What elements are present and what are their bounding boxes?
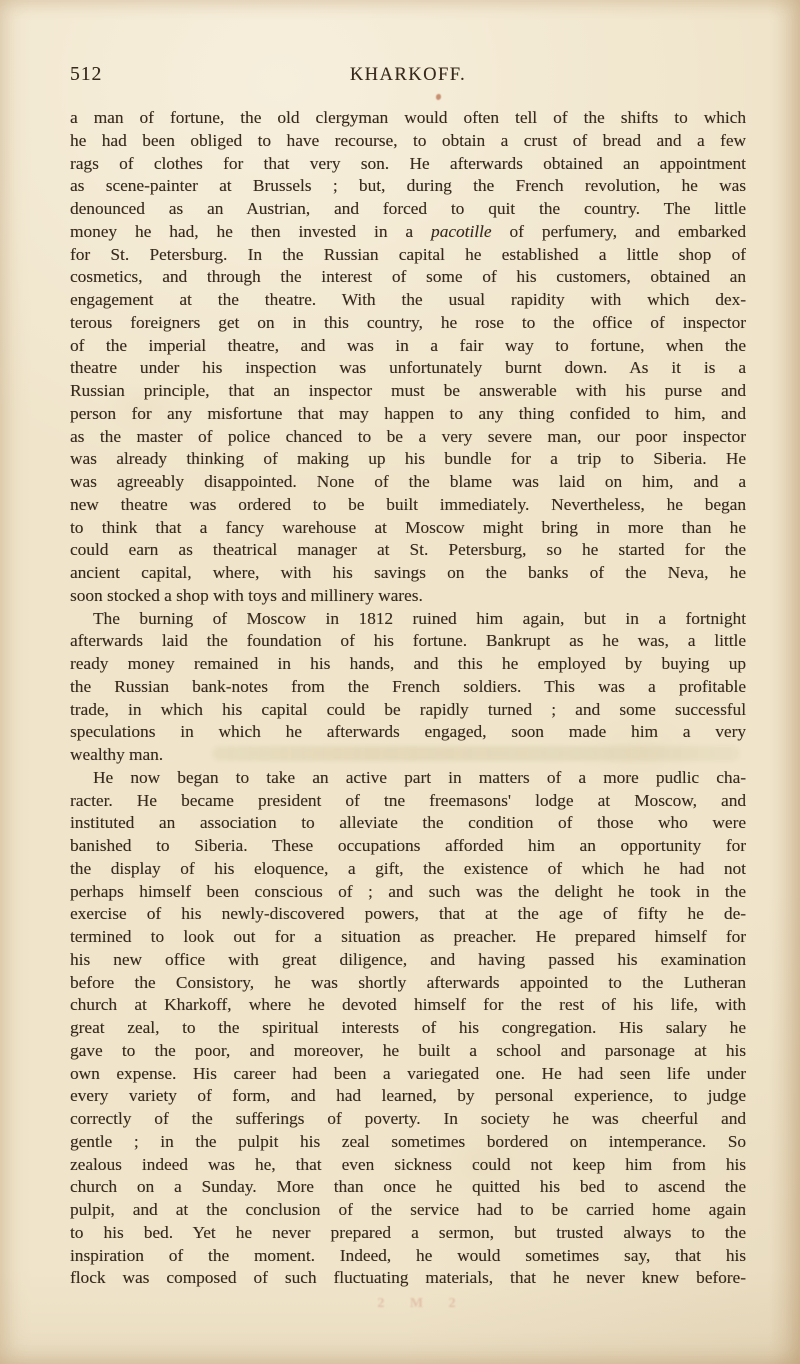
text-line: pulpit, and at the conclusion of the ser… bbox=[70, 1199, 746, 1222]
text-line: new theatre was ordered to be built imme… bbox=[70, 494, 746, 517]
text-line: The burning of Moscow in 1812 ruined him… bbox=[70, 608, 746, 631]
text-segment: money he had, he then invested in a bbox=[70, 222, 431, 241]
text-line: great zeal, to the spiritual interests o… bbox=[70, 1017, 746, 1040]
text-line: church on a Sunday. More than once he qu… bbox=[70, 1176, 746, 1199]
text-line: as the master of police chanced to be a … bbox=[70, 426, 746, 449]
text-line: the Russian bank-notes from the French s… bbox=[70, 676, 746, 699]
text-line: was already thinking of making up his bu… bbox=[70, 448, 746, 471]
text-line: correctly of the sufferings of poverty. … bbox=[70, 1108, 746, 1131]
running-head: KHARKOFF. bbox=[70, 65, 746, 86]
text-line: engagement at the theatre. With the usua… bbox=[70, 289, 746, 312]
text-line: gentle ; in the pulpit his zeal sometime… bbox=[70, 1131, 746, 1154]
text-line: ready money remained in his hands, and t… bbox=[70, 653, 746, 676]
ink-bleed-ghost bbox=[212, 746, 740, 761]
book-page: 512 KHARKOFF. a man of fortune, the old … bbox=[0, 0, 800, 1364]
text-line: exercise of his newly-discovered powers,… bbox=[70, 903, 746, 926]
text-line: zealous indeed was he, that even sicknes… bbox=[70, 1154, 746, 1177]
text-line: trade, in which his capital could be rap… bbox=[70, 699, 746, 722]
text-line: of the imperial theatre, and was in a fa… bbox=[70, 335, 746, 358]
text-line: speculations in which he afterwards enga… bbox=[70, 721, 746, 744]
text-line: banished to Siberia. These occupations a… bbox=[70, 835, 746, 858]
text-line: money he had, he then invested in a paco… bbox=[70, 221, 746, 244]
text-line: Russian principle, that an inspector mus… bbox=[70, 380, 746, 403]
text-line: own expense. His career had been a varie… bbox=[70, 1063, 746, 1086]
text-line: instituted an association to alleviate t… bbox=[70, 812, 746, 835]
text-line: terous foreigners get on in this country… bbox=[70, 312, 746, 335]
signature-bleed-through: 2 M 2 bbox=[84, 1296, 760, 1312]
text-line: a man of fortune, the old clergyman woul… bbox=[70, 107, 746, 130]
text-line: He now began to take an active part in m… bbox=[70, 767, 746, 790]
text-line: theatre under his inspection was unfortu… bbox=[70, 357, 746, 380]
text-line: to think that a fancy warehouse at Mosco… bbox=[70, 517, 746, 540]
italic-word: pacotille bbox=[431, 222, 491, 241]
text-line: was agreeably disappointed. None of the … bbox=[70, 471, 746, 494]
text-line: as scene-painter at Brussels ; but, duri… bbox=[70, 175, 746, 198]
text-line: denounced as an Austrian, and forced to … bbox=[70, 198, 746, 221]
text-line: before the Consistory, he was shortly af… bbox=[70, 972, 746, 995]
text-segment: of perfumery, and embarked bbox=[492, 222, 746, 241]
text-line: perhaps himself been conscious of ; and … bbox=[70, 881, 746, 904]
text-line: gave to the poor, and moreover, he built… bbox=[70, 1040, 746, 1063]
text-line: afterwards laid the foundation of his fo… bbox=[70, 630, 746, 653]
text-line: ancient capital, where, with his savings… bbox=[70, 562, 746, 585]
text-line: racter. He became president of tne freem… bbox=[70, 790, 746, 813]
text-line: church at Kharkoff, where he devoted him… bbox=[70, 994, 746, 1017]
text-line: every variety of form, and had learned, … bbox=[70, 1085, 746, 1108]
text-line: he had been obliged to have recourse, to… bbox=[70, 130, 746, 153]
text-line: termined to look out for a situation as … bbox=[70, 926, 746, 949]
text-line: his new office with great diligence, and… bbox=[70, 949, 746, 972]
text-line: to his bed. Yet he never prepared a serm… bbox=[70, 1222, 746, 1245]
text-line: cosmetics, and through the interest of s… bbox=[70, 266, 746, 289]
page-text: a man of fortune, the old clergyman woul… bbox=[70, 107, 746, 1290]
text-line: flock was composed of such fluctuating m… bbox=[70, 1267, 746, 1290]
text-line: inspiration of the moment. Indeed, he wo… bbox=[70, 1245, 746, 1268]
text-line: the display of his eloquence, a gift, th… bbox=[70, 858, 746, 881]
text-line: person for any misfortune that may happe… bbox=[70, 403, 746, 426]
text-line: soon stocked a shop with toys and millin… bbox=[70, 585, 746, 608]
text-line: rags of clothes for that very son. He af… bbox=[70, 153, 746, 176]
text-line: for St. Petersburg. In the Russian capit… bbox=[70, 244, 746, 267]
text-line: could earn as theatrical manager at St. … bbox=[70, 539, 746, 562]
paper-speck bbox=[436, 94, 441, 100]
